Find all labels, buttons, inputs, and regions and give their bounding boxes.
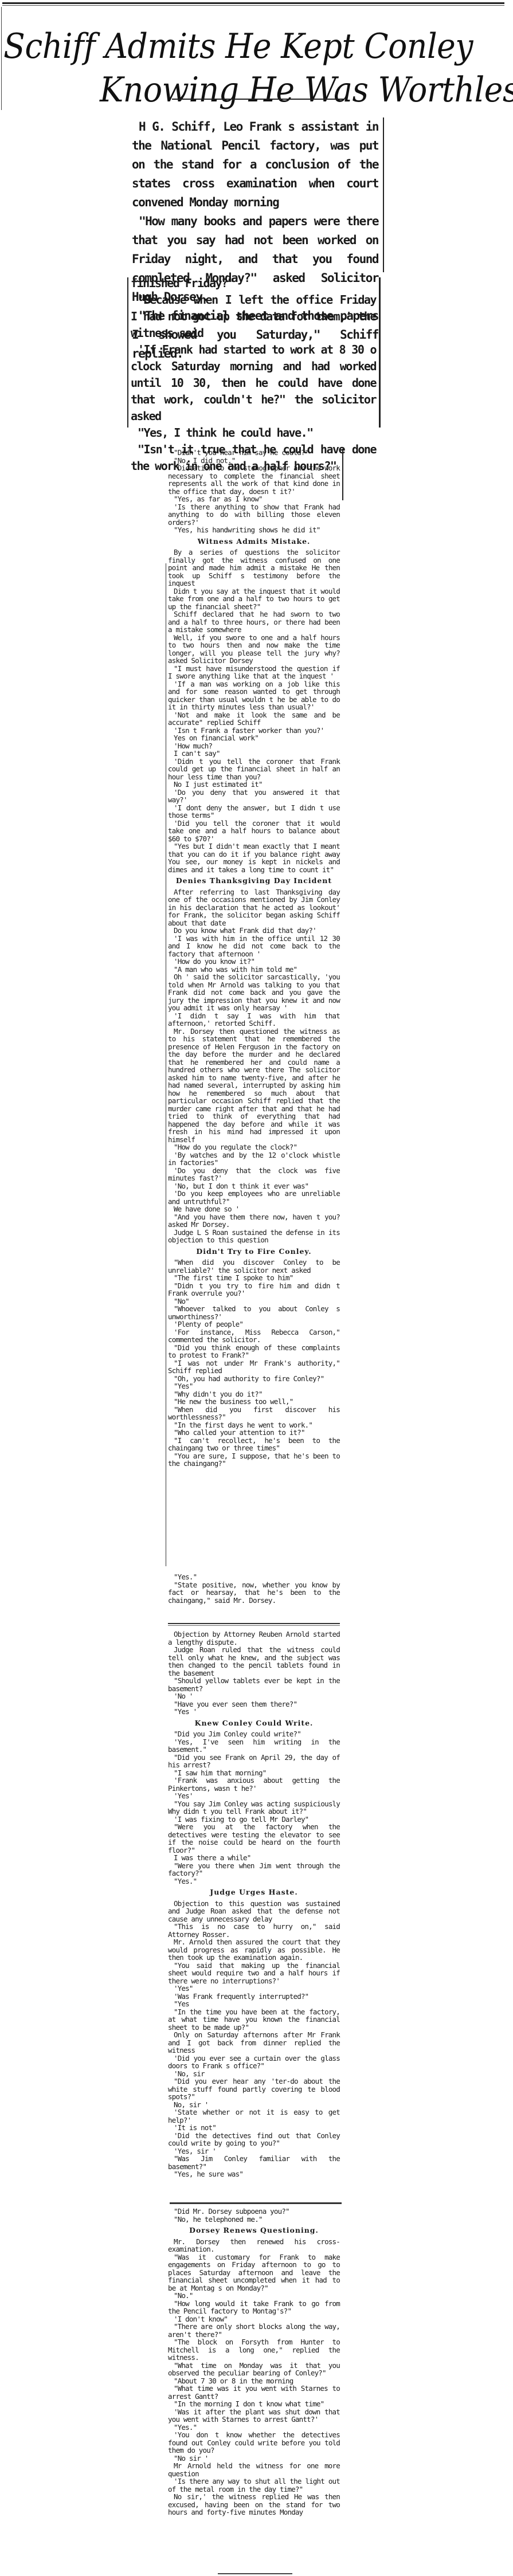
body-paragraph: "No, I did not." xyxy=(168,457,340,465)
body-paragraph: Mr. Arnold then assured the court that t… xyxy=(168,1938,340,1962)
body-paragraph: "Was Jim Conley familiar with the baseme… xyxy=(168,2155,340,2170)
section-subheading: Judge Urges Haste. xyxy=(168,1888,340,1896)
body-paragraph: "Have you ever seen them there?" xyxy=(168,1700,340,1708)
body-paragraph: "Yes." xyxy=(168,1573,340,1581)
body-paragraph: 'Yes' xyxy=(168,1792,340,1800)
body-paragraph: 'Did the detectives find out that Conley… xyxy=(168,2132,340,2147)
body-paragraph: "Did you see Frank on April 29, the day … xyxy=(168,1754,340,1769)
body-paragraph: "I must have misunderstood the question … xyxy=(168,665,340,680)
body-paragraph: Objection by Attorney Reuben Arnold star… xyxy=(168,1630,340,1646)
body-paragraph: "Should yellow tablets ever be kept in t… xyxy=(168,1677,340,1692)
body-paragraph: 'Do you deny that the clock was five min… xyxy=(168,1167,340,1182)
column-rule xyxy=(383,117,384,272)
body-paragraph: 'How much? xyxy=(168,742,340,750)
body-paragraph: finished Friday?" xyxy=(131,275,376,292)
body-paragraph: 'Is there any way to shut all the light … xyxy=(168,2477,340,2493)
body-paragraph: 'Did you tell the coroner that it would … xyxy=(168,820,340,843)
body-paragraph: 'I didn t say I was with him that aftern… xyxy=(168,1012,340,1028)
section-subheading: Dorsey Renews Questioning. xyxy=(168,2226,340,2234)
body-paragraph: Mr. Dorsey then questioned the witness a… xyxy=(168,1028,340,1144)
body-paragraph: 'Do you deny that you answered it that w… xyxy=(168,789,340,804)
body-paragraph: "I can't recollect, he's been to the cha… xyxy=(168,1437,340,1452)
body-paragraph: "He new the business too well," xyxy=(168,1398,340,1406)
body-paragraph: "I saw him that morning" xyxy=(168,1769,340,1777)
body-paragraph: "How do you regulate the clock?" xyxy=(168,1143,340,1151)
body-paragraph: "When did you discover Conley to be unre… xyxy=(168,1258,340,1274)
body-paragraph: 'Was Frank frequently interrupted?" xyxy=(168,1993,340,2001)
body-paragraph: Oh ' said the solicitor sarcastically, '… xyxy=(168,973,340,1012)
body-paragraph: Mr. Dorsey then renewed his cross-examin… xyxy=(168,2238,340,2253)
body-paragraph: "Did you ever hear any 'ter-do about the… xyxy=(168,2077,340,2101)
body-paragraph: I can't say" xyxy=(168,750,340,758)
body-paragraph: "State positive, now, whether you know b… xyxy=(168,1581,340,1605)
body-paragraph: 'How do you know it?" xyxy=(168,958,340,966)
body-paragraph: 'Isn t Frank a faster worker than you?' xyxy=(168,727,340,735)
body-paragraph: "No, he telephoned me." xyxy=(168,2216,340,2224)
body-paragraph: "Did Mr. Dorsey subpoena you?" xyxy=(168,2208,340,2216)
article-column-a: "Didn't you hear him say he could?""No, … xyxy=(168,449,340,1468)
body-paragraph: "When did you first discover his worthle… xyxy=(168,1406,340,1421)
left-column-rule xyxy=(1,7,2,110)
body-paragraph: Didn t you say at the inquest that it wo… xyxy=(168,587,340,611)
body-paragraph: "About 7 30 or 8 in the morning xyxy=(168,2377,340,2385)
body-paragraph: 'No, sir xyxy=(168,2070,340,2078)
body-paragraph: "In the first days he went to work." xyxy=(168,1421,340,1429)
article-column-b: "Yes.""State positive, now, whether you … xyxy=(168,1573,340,1604)
body-paragraph: 'For instance, Miss Rebecca Carson," com… xyxy=(168,1328,340,1344)
body-paragraph: "How long would it take Frank to go from… xyxy=(168,2300,340,2315)
body-paragraph: 'Yes, sir ' xyxy=(168,2147,340,2155)
body-paragraph: Only on Saturday afternons after Mr Fran… xyxy=(168,2031,340,2054)
section-divider-rule xyxy=(168,1623,340,1624)
body-paragraph: "Didn't you hear him say he could?" xyxy=(168,449,340,457)
body-paragraph: No, sir ' xyxy=(168,2101,340,2109)
body-paragraph: 'I was with him in the office until 12 3… xyxy=(168,935,340,958)
body-paragraph: "Whoever talked to you about Conley s un… xyxy=(168,1305,340,1320)
body-paragraph: 'Yes, I've seen him writing in the basem… xyxy=(168,1738,340,1754)
section-subheading: Denies Thanksgiving Day Incident xyxy=(168,877,340,885)
section-subheading: Witness Admits Mistake. xyxy=(168,538,340,546)
body-paragraph: "Yes, he sure was" xyxy=(168,2170,340,2178)
body-paragraph: Yes on financial work" xyxy=(168,734,340,742)
headline-underline-rule xyxy=(172,99,344,100)
column-rule xyxy=(379,277,381,428)
body-paragraph: Well, if you swore to one and a half hou… xyxy=(168,634,340,665)
body-paragraph: "You say Jim Conley was acting suspiciou… xyxy=(168,1800,340,1816)
body-paragraph: 'Is there anything to show that Frank ha… xyxy=(168,503,340,527)
lead-paragraph: H G. Schiff, Leo Frank s assistant in th… xyxy=(132,117,378,212)
article-column-d: "Did Mr. Dorsey subpoena you?""No, he te… xyxy=(168,2208,340,2516)
body-paragraph: Objection to this question was sustained… xyxy=(168,1900,340,1923)
body-paragraph: 'Do you keep employees who are unreliabl… xyxy=(168,1190,340,1205)
body-paragraph: "In the time you have been at the factor… xyxy=(168,2008,340,2032)
body-paragraph: I was there a while" xyxy=(168,1854,340,1862)
body-paragraph: "You said that making up the financial s… xyxy=(168,1962,340,1985)
body-paragraph: 'By watches and by the 12 o'clock whistl… xyxy=(168,1151,340,1167)
body-paragraph: By a series of questions the solicitor f… xyxy=(168,548,340,587)
body-paragraph: "This is no case to hurry on," said Atto… xyxy=(168,1923,340,1938)
body-paragraph: "Who called your attention to it?" xyxy=(168,1429,340,1437)
end-rule xyxy=(218,2573,292,2574)
body-paragraph: 'Because when I left the office Friday I… xyxy=(131,292,376,342)
body-paragraph: "Yes, I think he could have." xyxy=(131,425,376,441)
body-paragraph: "No." xyxy=(168,2292,340,2300)
body-paragraph: Judge Roan ruled that the witness could … xyxy=(168,1646,340,1677)
body-paragraph: 'Not and make it look the same and be ac… xyxy=(168,711,340,727)
body-paragraph: "There are only short blocks along the w… xyxy=(168,2323,340,2338)
body-paragraph: No sir,' the witness replied He was then… xyxy=(168,2493,340,2516)
body-paragraph: 'Yes" xyxy=(168,1985,340,1993)
body-paragraph: "Oh, you had authority to fire Conley?" xyxy=(168,1375,340,1383)
body-paragraph: "No" xyxy=(168,1297,340,1305)
body-paragraph: "Yes ' xyxy=(168,1708,340,1716)
headline-line-1: Schiff Admits He Kept Conley xyxy=(3,29,473,64)
article-column-c: Objection by Attorney Reuben Arnold star… xyxy=(168,1630,340,2178)
section-divider-rule xyxy=(168,1625,340,1626)
body-paragraph: "The block on Forsyth from Hunter to Mit… xyxy=(168,2338,340,2362)
body-paragraph: 'I was fixing to go tell Mr Darley" xyxy=(168,1816,340,1824)
body-paragraph: "The first time I spoke to him" xyxy=(168,1274,340,1282)
top-border-rule xyxy=(2,2,504,4)
body-paragraph: 'If Frank had started to work at 8 30 o … xyxy=(131,342,376,425)
body-paragraph: "Yes, his handwriting shows he did it" xyxy=(168,526,340,534)
body-paragraph: 'Dictation to the stenographer and the w… xyxy=(168,464,340,495)
body-paragraph: "Didn t you try to fire him and didn t F… xyxy=(168,1282,340,1297)
body-paragraph: 'I don't know" xyxy=(168,2315,340,2323)
body-paragraph: "You are sure, I suppose, that he's been… xyxy=(168,1452,340,1468)
body-paragraph: "What time on Monday was it that you obs… xyxy=(168,2362,340,2377)
body-paragraph: Judge L S Roan sustained the defense in … xyxy=(168,1229,340,1244)
column-rule xyxy=(127,277,128,428)
body-paragraph: "Yes" xyxy=(168,1382,340,1390)
body-paragraph: 'You don t know whether the detectives f… xyxy=(168,2431,340,2455)
body-paragraph: Do you know what Frank did that day?' xyxy=(168,927,340,935)
column-rule xyxy=(166,563,166,1566)
body-paragraph: 'State whether or not it is easy to get … xyxy=(168,2108,340,2124)
body-paragraph: "In the morning I don t know what time" xyxy=(168,2400,340,2408)
body-paragraph: 'It is not" xyxy=(168,2124,340,2132)
body-paragraph: "And you have them there now, haven t yo… xyxy=(168,1213,340,1229)
body-paragraph: "I was not under Mr Frank's authority," … xyxy=(168,1359,340,1375)
section-subheading: Didn't Try to Fire Conley. xyxy=(168,1248,340,1256)
body-paragraph: "A man who was with him told me" xyxy=(168,966,340,974)
body-paragraph: "Yes xyxy=(168,2000,340,2008)
body-paragraph: "Was it customary for Frank to make enga… xyxy=(168,2253,340,2292)
body-paragraph: 'If a man was working on a job like this… xyxy=(168,680,340,711)
body-paragraph: 'Frank was anxious about getting the Pin… xyxy=(168,1777,340,1792)
body-paragraph: "Were you at the factory when the detect… xyxy=(168,1823,340,1854)
body-paragraph: 'I dont deny the answer, but I didn t us… xyxy=(168,804,340,820)
body-paragraph: "Did you think enough of these complaint… xyxy=(168,1344,340,1359)
body-paragraph: 'Didn t you tell the coroner that Frank … xyxy=(168,758,340,781)
body-paragraph: 'Was it after the plant was shut down th… xyxy=(168,2408,340,2424)
headline-line-2: Knowing He Was Worthless xyxy=(100,73,513,107)
section-subheading: Knew Conley Could Write. xyxy=(168,1719,340,1727)
body-paragraph: Mr Arnold held the witness for one more … xyxy=(168,2462,340,2477)
section-divider-rule xyxy=(170,2202,342,2204)
body-paragraph: "No sir ' xyxy=(168,2455,340,2463)
body-paragraph: 'Plenty of people" xyxy=(168,1320,340,1328)
body-paragraph: Schiff declared that he had sworn to two… xyxy=(168,610,340,634)
top-border-rule-thin xyxy=(2,5,504,6)
body-paragraph: No I just estimated it" xyxy=(168,781,340,789)
body-paragraph: "Yes but I didn't mean exactly that I me… xyxy=(168,842,340,873)
body-paragraph: After referring to last Thanksgiving day… xyxy=(168,888,340,927)
continuation-paragraphs: finished Friday?" 'Because when I left t… xyxy=(131,275,376,475)
body-paragraph: "Yes." xyxy=(168,1877,340,1885)
body-paragraph: We have done so ' xyxy=(168,1205,340,1213)
body-paragraph: "What time was it you went with Starnes … xyxy=(168,2385,340,2400)
body-paragraph: "Yes." xyxy=(168,2424,340,2432)
body-paragraph: "Did you Jim Conley could write?" xyxy=(168,1730,340,1738)
column-rule xyxy=(342,449,343,500)
body-paragraph: "Why didn't you do it?" xyxy=(168,1390,340,1398)
body-paragraph: "Yes, as far as I know" xyxy=(168,495,340,503)
body-paragraph: 'Did you ever see a curtain over the gla… xyxy=(168,2054,340,2070)
body-paragraph: 'No ' xyxy=(168,1692,340,1700)
body-paragraph: 'No, but I don t think it ever was" xyxy=(168,1182,340,1190)
body-paragraph: "Were you there when Jim went through th… xyxy=(168,1862,340,1877)
